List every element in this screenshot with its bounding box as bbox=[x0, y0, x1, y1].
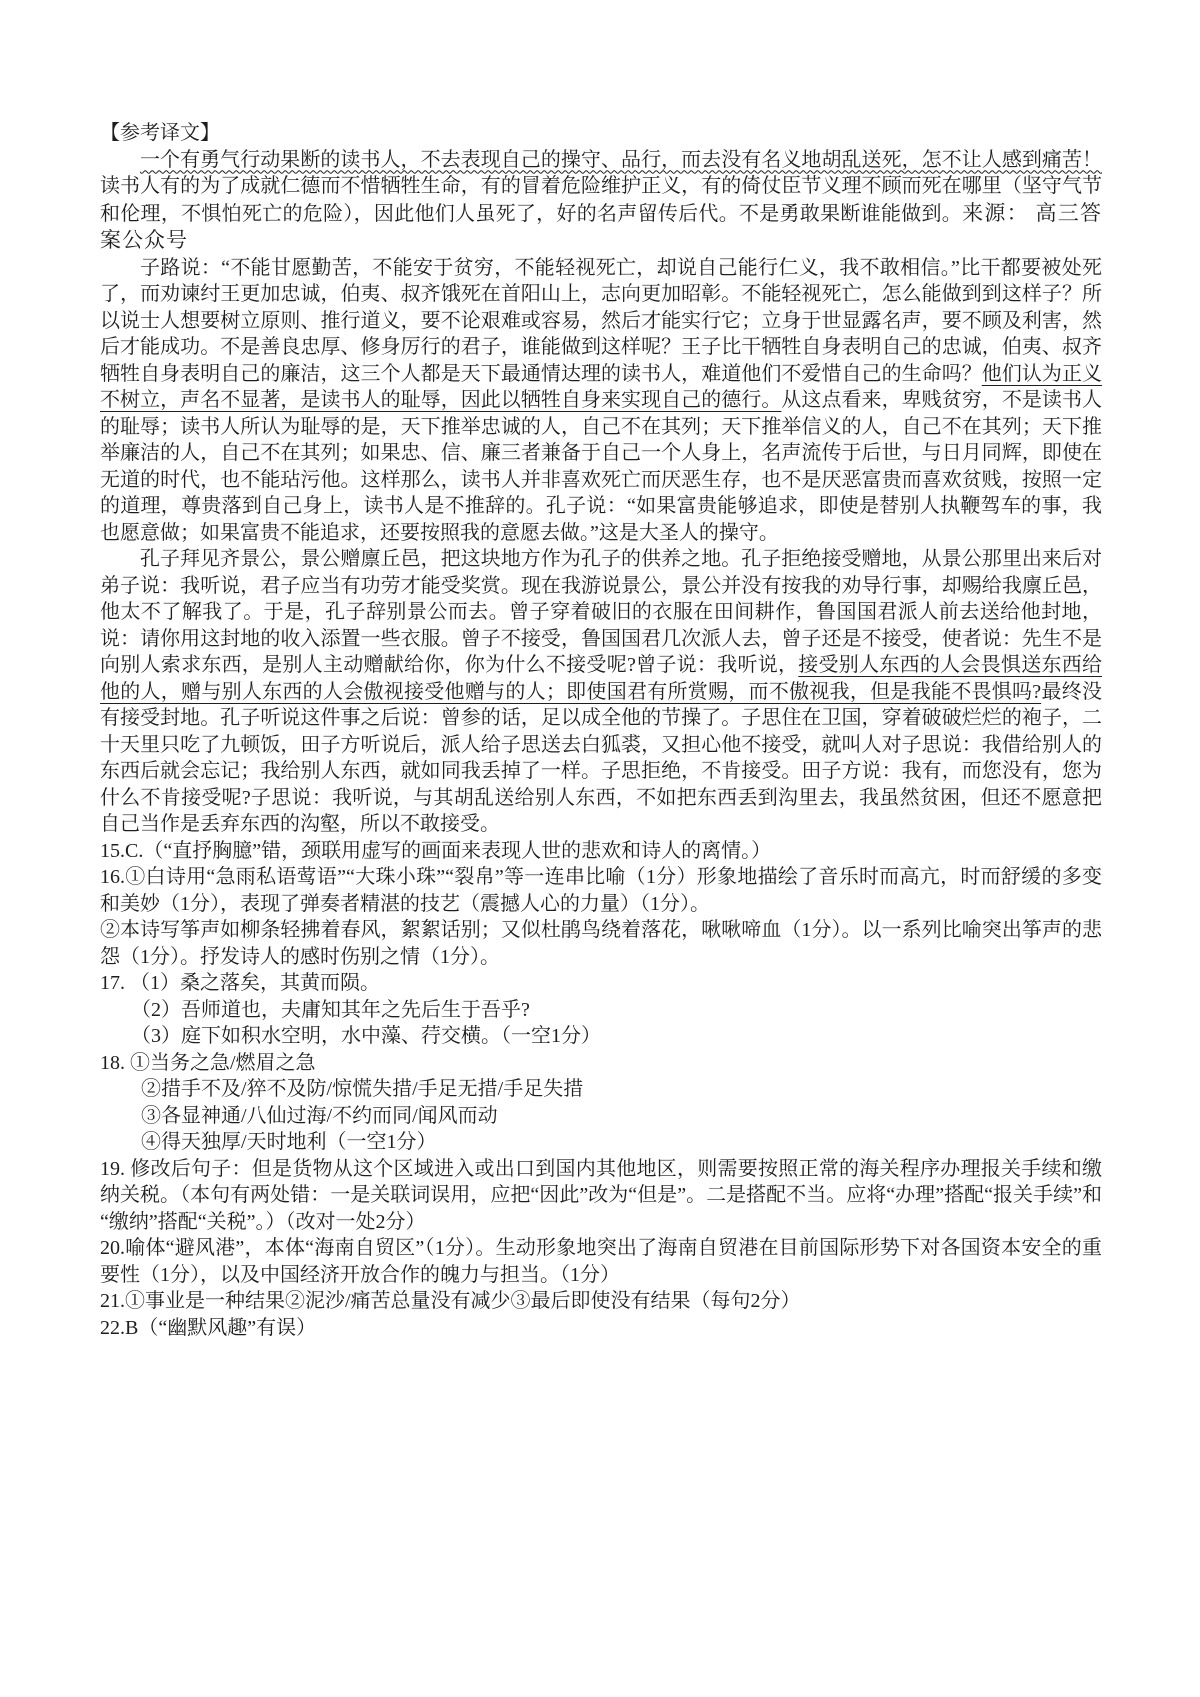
text-run: 20.喻体“避风港”，本体“海南自贸区”（1分）。生动形象地突出了海南自贸港在目… bbox=[100, 1237, 1102, 1286]
answer-16-part1: 16.①白诗用“急雨私语莺语”“大珠小珠”“裂帛”等一连串比喻（1分）形象地描绘… bbox=[100, 864, 1102, 917]
answer-18-item4: ④得天独厚/天时地利（一空1分） bbox=[100, 1129, 1102, 1156]
text-run: 21.①事业是一种结果②泥沙/痛苦总量没有减少③最后即使没有结果（每句2分） bbox=[100, 1290, 801, 1312]
answer-15: 15.C.（“直抒胸臆”错，颈联用虚写的画面来表现人世的悲欢和诗人的离情。） bbox=[100, 838, 1102, 865]
text-run: ④得天独厚/天时地利（一空1分） bbox=[141, 1131, 437, 1153]
text-run: 从这点看来，卑贱贫穷，不是读书人的耻辱；读书人所认为耻辱的是，天下推举忠诚的人，… bbox=[100, 389, 1102, 544]
text-run: （3）庭下如积水空明，水中藻、荇交横。（一空1分） bbox=[131, 1025, 601, 1047]
document-body: 【参考译文】 一个有勇气行动果断的读书人，不去表现自己的操守、品行，而去没有名义… bbox=[100, 120, 1102, 1341]
translation-para-3: 孔子拜见齐景公，景公赠廪丘邑，把这块地方作为孔子的供养之地。孔子拒绝接受赠地，从… bbox=[100, 546, 1102, 838]
text-run: 18. ①当务之急/燃眉之急 bbox=[100, 1052, 316, 1074]
answer-17-item2: （2）吾师道也，夫庸知其年之先后生于吾乎? bbox=[100, 997, 1102, 1024]
text-run: 16.①白诗用“急雨私语莺语”“大珠小珠”“裂帛”等一连串比喻（1分）形象地描绘… bbox=[100, 866, 1102, 915]
answer-17-item1: 17. （1）桑之落矣，其黄而陨。 bbox=[100, 970, 1102, 997]
text-run: 15.C.（“直抒胸臆”错，颈联用虚写的画面来表现人世的悲欢和诗人的离情。） bbox=[100, 840, 771, 862]
answer-22: 22.B（“幽默风趣”有误） bbox=[100, 1315, 1102, 1342]
text-run: 19. 修改后句子：但是货物从这个区域进入或出口到国内其他地区，则需要按照正常的… bbox=[100, 1158, 1102, 1233]
answer-18-item2: ②措手不及/猝不及防/惊慌失措/手足无措/手足失措 bbox=[100, 1076, 1102, 1103]
answer-18-item3: ③各显神通/八仙过海/不约而同/闻风而动 bbox=[100, 1103, 1102, 1130]
text-run: 最终没有接受封地。孔子听说这件事之后说：曾参的话，足以成全他的节操了。子思住在卫… bbox=[100, 681, 1102, 836]
text-run: 17. （1）桑之落矣，其黄而陨。 bbox=[100, 972, 380, 994]
translation-para-1: 一个有勇气行动果断的读书人，不去表现自己的操守、品行，而去没有名义地胡乱送死，怎… bbox=[100, 147, 1102, 255]
text-run: ②本诗写筝声如柳条轻拂着春风，絮絮话别；又似杜鹃鸟绕着落花，啾啾啼血（1分）。以… bbox=[100, 919, 1102, 968]
answer-18-item1: 18. ①当务之急/燃眉之急 bbox=[100, 1050, 1102, 1077]
answer-20: 20.喻体“避风港”，本体“海南自贸区”（1分）。生动形象地突出了海南自贸港在目… bbox=[100, 1235, 1102, 1288]
scanned-answer-sheet-page: 【参考译文】 一个有勇气行动果断的读书人，不去表现自己的操守、品行，而去没有名义… bbox=[0, 0, 1200, 1697]
heading-text: 【参考译文】 bbox=[100, 122, 220, 144]
answer-16-part2: ②本诗写筝声如柳条轻拂着春风，絮絮话别；又似杜鹃鸟绕着落花，啾啾啼血（1分）。以… bbox=[100, 917, 1102, 970]
text-run: 读书人有的为了成就仁德而不惜牺牲生命，有的冒着危险维护正义，有的倚仗臣节义理不顾… bbox=[100, 175, 1102, 225]
text-run: ②措手不及/猝不及防/惊慌失措/手足无措/手足失措 bbox=[141, 1078, 583, 1100]
wavy-underlined-text: 一个有勇气行动果断的读书人，不去表现自己的操守、品行，而去没有名义地胡乱送死，怎… bbox=[140, 149, 1102, 171]
answer-17-item3: （3）庭下如积水空明，水中藻、荇交横。（一空1分） bbox=[100, 1023, 1102, 1050]
translation-heading: 【参考译文】 bbox=[100, 120, 1102, 147]
text-run: 子路说：“不能甘愿勤苦，不能安于贫穷，不能轻视死亡，却说自己能行仁义，我不敢相信… bbox=[100, 257, 1102, 385]
text-run: （2）吾师道也，夫庸知其年之先后生于吾乎? bbox=[131, 999, 530, 1021]
text-run: ③各显神通/八仙过海/不约而同/闻风而动 bbox=[141, 1105, 498, 1127]
text-run: 22.B（“幽默风趣”有误） bbox=[100, 1317, 316, 1339]
answer-21: 21.①事业是一种结果②泥沙/痛苦总量没有减少③最后即使没有结果（每句2分） bbox=[100, 1288, 1102, 1315]
answer-19: 19. 修改后句子：但是货物从这个区域进入或出口到国内其他地区，则需要按照正常的… bbox=[100, 1156, 1102, 1236]
translation-para-2: 子路说：“不能甘愿勤苦，不能安于贫穷，不能轻视死亡，却说自己能行仁义，我不敢相信… bbox=[100, 255, 1102, 547]
